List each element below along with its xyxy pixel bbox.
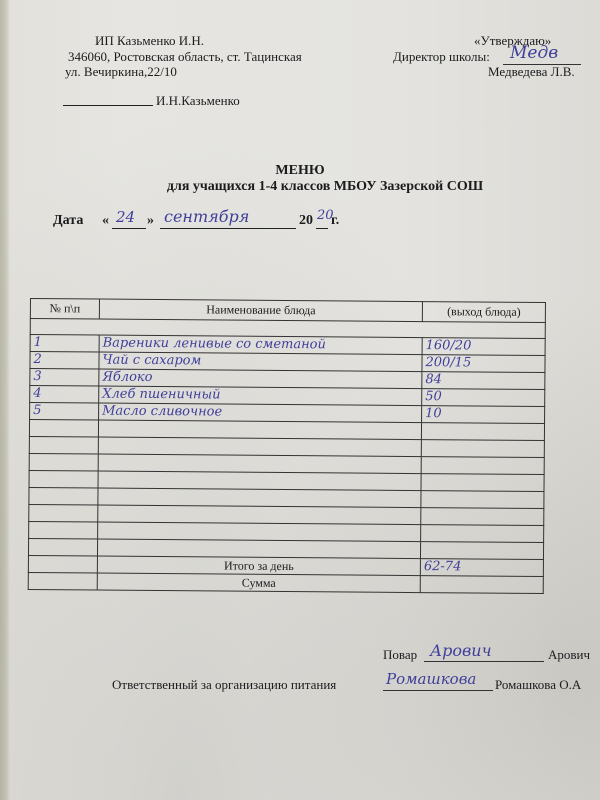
cook-signature: Арович <box>430 641 492 660</box>
cook-label: Повар <box>383 647 417 663</box>
row-number: 5 <box>30 403 99 421</box>
empty-cell <box>29 521 98 539</box>
empty-cell <box>28 572 97 590</box>
row-output: 84 <box>422 372 545 390</box>
empty-cell <box>29 487 98 505</box>
org-street: ул. Вечиркина,22/10 <box>65 64 177 80</box>
director-name: Медведева Л.В. <box>488 64 575 80</box>
row-number: 1 <box>30 335 99 353</box>
date-year-unit: г. <box>331 213 339 229</box>
org-name: ИП Казьменко И.Н. <box>95 33 204 49</box>
org-address: 346060, Ростовская область, ст. Тацинска… <box>68 49 302 65</box>
empty-cell <box>28 555 97 573</box>
empty-cell <box>28 538 97 556</box>
empty-cell <box>421 474 544 492</box>
date-month: сентября <box>164 207 249 226</box>
empty-cell <box>29 504 98 522</box>
responsible-signature: Ромашкова <box>386 670 476 688</box>
date-year-prefix: 20 <box>299 213 313 229</box>
empty-cell <box>421 440 544 458</box>
row-number: 3 <box>30 369 99 387</box>
date-close-quote: » <box>147 213 154 229</box>
column-header-output: (выход блюда) <box>422 302 545 323</box>
document-subtitle: для учащихся 1-4 классов МБОУ Зазерской … <box>0 179 600 195</box>
row-number: 2 <box>30 352 99 370</box>
empty-cell <box>29 453 98 471</box>
table-body: 1Вареники ленивые со сметаной160/202Чай … <box>28 319 545 594</box>
director-label: Директор школы: <box>393 49 490 65</box>
row-output: 10 <box>422 406 545 424</box>
total-value: 62-74 <box>420 559 543 577</box>
empty-cell <box>420 542 543 560</box>
director-signature: Медв <box>510 43 558 63</box>
date-open-quote: « <box>102 213 109 229</box>
row-output: 160/20 <box>422 338 545 356</box>
sum-label: Сумма <box>97 573 420 593</box>
row-output: 50 <box>422 389 545 407</box>
empty-cell <box>421 508 544 526</box>
row-output: 200/15 <box>422 355 545 373</box>
sum-value <box>420 576 543 594</box>
responsible-label: Ответственный за организацию питания <box>112 677 336 693</box>
date-label: Дата <box>53 213 83 229</box>
empty-cell <box>421 423 544 441</box>
signature-name-left: И.Н.Казьменко <box>156 93 240 109</box>
empty-cell <box>421 525 544 543</box>
empty-cell <box>29 436 98 454</box>
empty-cell <box>421 457 544 475</box>
date-day: 24 <box>116 208 135 226</box>
empty-cell <box>29 470 98 488</box>
responsible-name: Ромашкова О.А <box>495 677 581 693</box>
cook-name: Арович <box>548 647 590 663</box>
document-title: МЕНЮ <box>0 163 600 179</box>
column-header-number: № п\п <box>30 299 99 320</box>
empty-cell <box>421 491 544 509</box>
empty-cell <box>29 420 98 438</box>
menu-table: № п\п Наименование блюда (выход блюда) 1… <box>28 298 546 594</box>
column-header-dish: Наименование блюда <box>99 299 422 322</box>
sum-row: Сумма <box>28 572 543 593</box>
row-number: 4 <box>30 386 99 404</box>
signature-line-left <box>63 93 153 106</box>
